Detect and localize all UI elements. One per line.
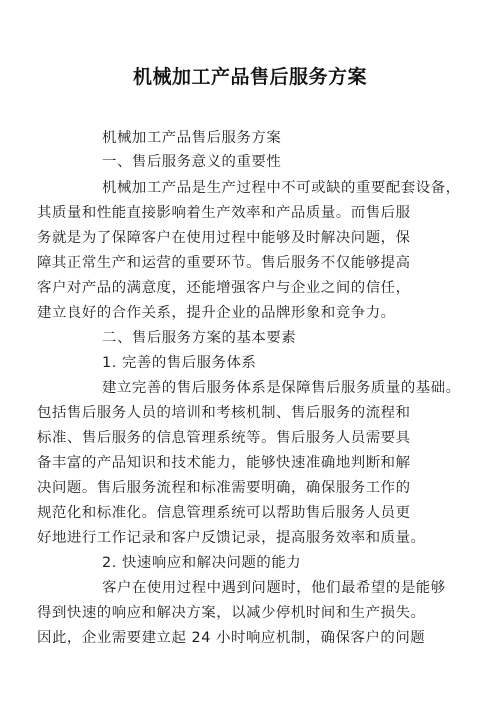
paragraph-line: 备丰富的产品知识和技术能力，能够快速准确地判断和解 bbox=[37, 453, 411, 473]
document-page: 机械加工产品售后服务方案 机械加工产品售后服务方案一、售后服务意义的重要性机械加… bbox=[0, 0, 500, 707]
paragraph-line: 规范化和标准化。信息管理系统可以帮助售后服务人员更 bbox=[37, 503, 411, 523]
paragraph-line-indented: 二、售后服务方案的基本要素 bbox=[102, 328, 296, 348]
paragraph-line: 客户对产品的满意度，还能增强客户与企业之间的信任， bbox=[37, 278, 411, 298]
paragraph-line-indented: 机械加工产品是生产过程中不可或缺的重要配套设备， bbox=[102, 178, 461, 198]
paragraph-line-indented: 建立完善的售后服务体系是保障售后服务质量的基础。 bbox=[102, 378, 461, 398]
paragraph-line: 包括售后服务人员的培训和考核机制、售后服务的流程和 bbox=[37, 403, 411, 423]
paragraph-line-indented: 2. 快速响应和解决问题的能力 bbox=[102, 553, 301, 573]
paragraph-line: 好地进行工作记录和客户反馈记录，提高服务效率和质量。 bbox=[37, 528, 425, 548]
paragraph-line: 因此，企业需要建立起 24 小时响应机制，确保客户的问题 bbox=[37, 628, 425, 648]
paragraph-line-indented: 一、售后服务意义的重要性 bbox=[102, 152, 281, 172]
paragraph-line: 建立良好的合作关系，提升企业的品牌形象和竞争力。 bbox=[37, 303, 396, 323]
paragraph-line: 障其正常生产和运营的重要环节。售后服务不仅能够提高 bbox=[37, 253, 411, 273]
paragraph-line: 其质量和性能直接影响着生产效率和产品质量。而售后服 bbox=[37, 203, 411, 223]
document-title: 机械加工产品售后服务方案 bbox=[0, 62, 500, 89]
paragraph-line-indented: 1. 完善的售后服务体系 bbox=[102, 353, 256, 373]
paragraph-line: 得到快速的响应和解决方案，以减少停机时间和生产损失。 bbox=[37, 603, 425, 623]
paragraph-line: 务就是为了保障客户在使用过程中能够及时解决问题，保 bbox=[37, 228, 411, 248]
paragraph-line-indented: 机械加工产品售后服务方案 bbox=[102, 128, 281, 148]
paragraph-line: 决问题。售后服务流程和标准需要明确，确保服务工作的 bbox=[37, 478, 411, 498]
paragraph-line-indented: 客户在使用过程中遇到问题时，他们最希望的是能够 bbox=[102, 578, 446, 598]
paragraph-line: 标准、售后服务的信息管理系统等。售后服务人员需要具 bbox=[37, 428, 411, 448]
